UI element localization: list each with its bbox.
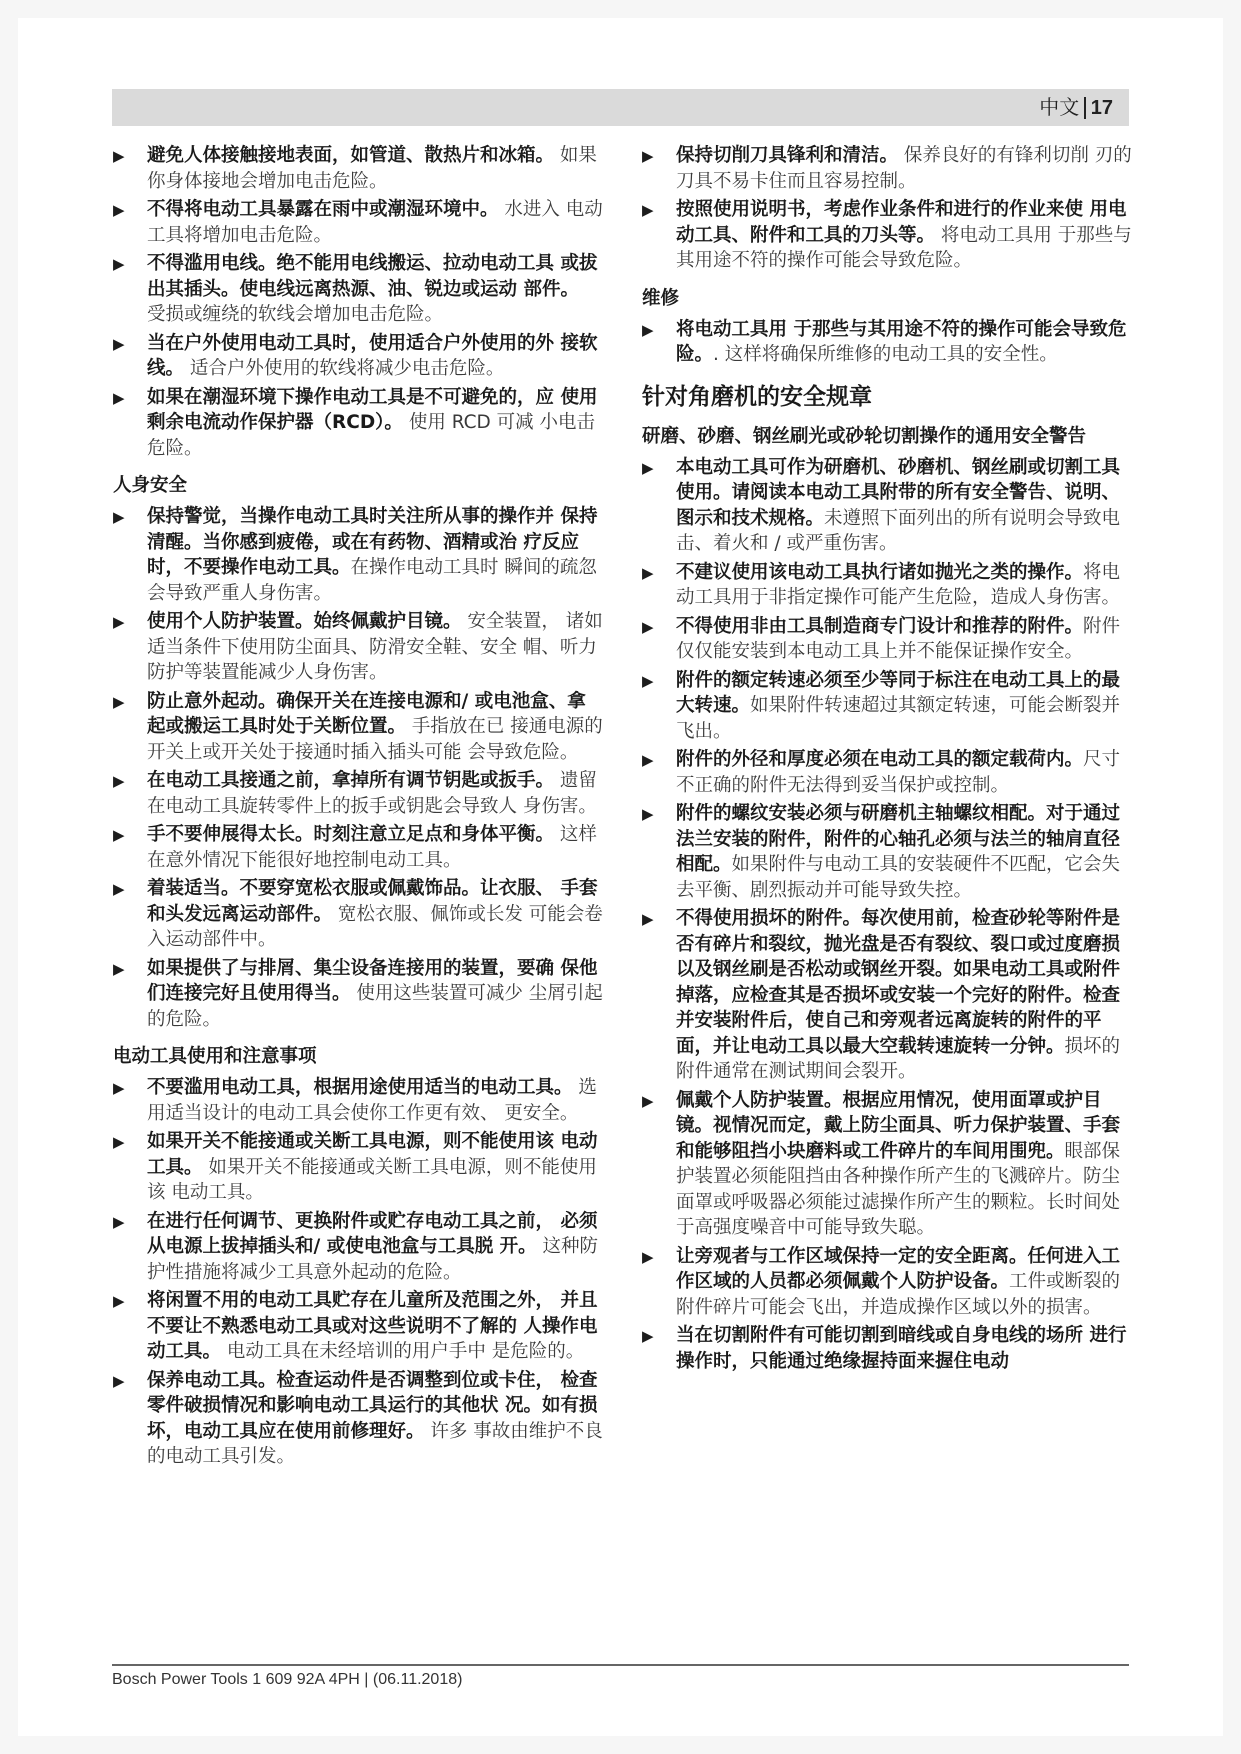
warning-bold-text: 不得滥用电线。绝不能用电线搬运、拉动电动工具 或拔出其插头。使电线远离热源、油、… — [147, 253, 597, 300]
list-item: ▶如果开关不能接通或关断工具电源，则不能使用该 电动工具。 如果开关不能接通或关… — [113, 1129, 603, 1206]
warning-bold-text: 佩戴个人防护装置。根据应用情况，使用面罩或护目镜。视情况而定，戴上防尘面具、听力… — [676, 1090, 1120, 1162]
list-item: ▶本电动工具可作为研磨机、砂磨机、钢丝刷或切割工具使用。请阅读本电动工具附带的所… — [642, 455, 1132, 557]
triangle-bullet-icon: ▶ — [113, 1130, 125, 1156]
section-heading-service: 维修 — [642, 286, 1132, 311]
triangle-bullet-icon: ▶ — [113, 1210, 125, 1236]
footer-text: Bosch Power Tools 1 609 92A 4PH | (06.11… — [112, 1671, 462, 1689]
triangle-bullet-icon: ▶ — [642, 1324, 654, 1350]
triangle-bullet-icon: ▶ — [642, 802, 654, 828]
list-item: ▶按照使用说明书，考虑作业条件和进行的作业来使 用电动工具、附件和工具的刀头等。… — [642, 197, 1132, 274]
triangle-bullet-icon: ▶ — [113, 386, 125, 412]
list-item: ▶保持警觉，当操作电动工具时关注所从事的操作并 保持清醒。当你感到疲倦，或在有药… — [113, 504, 603, 606]
warning-bold-text: 不建议使用该电动工具执行诸如抛光之类的操作。 — [676, 562, 1083, 583]
list-item: ▶如果在潮湿环境下操作电动工具是不可避免的，应 使用剩余电流动作保护器（RCD）… — [113, 385, 603, 462]
list-item: ▶保持切削刀具锋利和清洁。 保养良好的有锋利切削 刃的刀具不易卡住而且容易控制。 — [642, 143, 1132, 194]
list-item: ▶附件的螺纹安装必须与研磨机主轴螺纹相配。对于通过法兰安装的附件，附件的心轴孔必… — [642, 801, 1132, 903]
triangle-bullet-icon: ▶ — [642, 456, 654, 482]
page-header: 中文 17 — [1039, 96, 1113, 120]
triangle-bullet-icon: ▶ — [113, 610, 125, 636]
list-item: ▶防止意外起动。确保开关在连接电源和/ 或电池盒、拿起或搬运工具时处于关断位置。… — [113, 689, 603, 766]
list-item: ▶不得使用损坏的附件。每次使用前，检查砂轮等附件是否有碎片和裂纹，抛光盘是否有裂… — [642, 906, 1132, 1085]
warning-explanation-text: . 这样将确保所维修的电动工具的安全性。 — [713, 344, 1058, 365]
list-tool-use: ▶不要滥用电动工具，根据用途使用适当的电动工具。 选用适当设计的电动工具会使你工… — [113, 1075, 603, 1470]
list-item: ▶避免人体接触接地表面，如管道、散热片和冰箱。 如果你身体接地会增加电击危险。 — [113, 143, 603, 194]
triangle-bullet-icon: ▶ — [113, 877, 125, 903]
list-item: ▶不要滥用电动工具，根据用途使用适当的电动工具。 选用适当设计的电动工具会使你工… — [113, 1075, 603, 1126]
list-item: ▶在进行任何调节、更换附件或贮存电动工具之前， 必须从电源上拔掉插头和/ 或使电… — [113, 1209, 603, 1286]
warning-bold-text: 手不要伸展得太长。时刻注意立足点和身体平衡。 — [147, 824, 554, 845]
list-grinder-warnings: ▶本电动工具可作为研磨机、砂磨机、钢丝刷或切割工具使用。请阅读本电动工具附带的所… — [642, 455, 1132, 1375]
list-item: ▶让旁观者与工作区域保持一定的安全距离。任何进入工作区域的人员都必须佩戴个人防护… — [642, 1244, 1132, 1321]
warning-bold-text: 不得使用非由工具制造商专门设计和推荐的附件。 — [676, 616, 1083, 637]
list-item: ▶将电动工具用 于那些与其用途不符的操作可能会导致危险。. 这样将确保所维修的电… — [642, 317, 1132, 368]
list-item: ▶着装适当。不要穿宽松衣服或佩戴饰品。让衣服、 手套和头发远离运动部件。 宽松衣… — [113, 876, 603, 953]
list-item: ▶当在户外使用电动工具时，使用适合户外使用的外 接软线。 适合户外使用的软线将减… — [113, 331, 603, 382]
warning-bold-text: 在电动工具接通之前，拿掉所有调节钥匙或扳手。 — [147, 770, 554, 791]
triangle-bullet-icon: ▶ — [642, 1245, 654, 1271]
warning-explanation-text: 适合户外使用的软线将减少电击危险。 — [184, 358, 504, 379]
triangle-bullet-icon: ▶ — [113, 823, 125, 849]
triangle-bullet-icon: ▶ — [113, 505, 125, 531]
triangle-bullet-icon: ▶ — [113, 957, 125, 983]
language-label: 中文 — [1039, 96, 1079, 120]
triangle-bullet-icon: ▶ — [113, 144, 125, 170]
footer-divider — [112, 1664, 1129, 1666]
triangle-bullet-icon: ▶ — [113, 1369, 125, 1395]
header-bar — [112, 89, 1129, 126]
list-item: ▶附件的外径和厚度必须在电动工具的额定载荷内。尺寸不正确的附件无法得到妥当保护或… — [642, 747, 1132, 798]
warning-bold-text: 不得使用损坏的附件。每次使用前，检查砂轮等附件是否有碎片和裂纹，抛光盘是否有裂纹… — [676, 908, 1120, 1057]
triangle-bullet-icon: ▶ — [642, 144, 654, 170]
warning-bold-text: 避免人体接触接地表面，如管道、散热片和冰箱。 — [147, 145, 554, 166]
list-tool-use-continued: ▶保持切削刀具锋利和清洁。 保养良好的有锋利切削 刃的刀具不易卡住而且容易控制。… — [642, 143, 1132, 274]
right-column: ▶保持切削刀具锋利和清洁。 保养良好的有锋利切削 刃的刀具不易卡住而且容易控制。… — [642, 143, 1132, 1377]
list-personal-safety: ▶保持警觉，当操作电动工具时关注所从事的操作并 保持清醒。当你感到疲倦，或在有药… — [113, 504, 603, 1032]
warning-bold-text: 不得将电动工具暴露在雨中或潮湿环境中。 — [147, 199, 499, 220]
list-item: ▶在电动工具接通之前，拿掉所有调节钥匙或扳手。 遗留在电动工具旋转零件上的扳手或… — [113, 768, 603, 819]
triangle-bullet-icon: ▶ — [113, 1076, 125, 1102]
list-item: ▶当在切割附件有可能切割到暗线或自身电线的场所 进行操作时，只能通过绝缘握持面来… — [642, 1323, 1132, 1374]
triangle-bullet-icon: ▶ — [642, 669, 654, 695]
page-number: 17 — [1091, 96, 1113, 120]
list-item: ▶不得使用非由工具制造商专门设计和推荐的附件。附件仅仅能安装到本电动工具上并不能… — [642, 614, 1132, 665]
header-divider — [1084, 97, 1086, 119]
warning-bold-text: 附件的外径和厚度必须在电动工具的额定载荷内。 — [676, 749, 1083, 770]
list-item: ▶不得将电动工具暴露在雨中或潮湿环境中。 水进入 电动工具将增加电击危险。 — [113, 197, 603, 248]
list-item: ▶不建议使用该电动工具执行诸如抛光之类的操作。将电动工具用于非指定操作可能产生危… — [642, 560, 1132, 611]
warning-bold-text: 使用个人防护装置。始终佩戴护目镜。 — [147, 611, 462, 632]
left-column: ▶避免人体接触接地表面，如管道、散热片和冰箱。 如果你身体接地会增加电击危险。▶… — [113, 143, 603, 1473]
list-item: ▶不得滥用电线。绝不能用电线搬运、拉动电动工具 或拔出其插头。使电线远离热源、油… — [113, 251, 603, 328]
warning-bold-text: 保持切削刀具锋利和清洁。 — [676, 145, 898, 166]
list-electrical-safety: ▶避免人体接触接地表面，如管道、散热片和冰箱。 如果你身体接地会增加电击危险。▶… — [113, 143, 603, 461]
warning-explanation-text: 如果附件与电动工具的安装硬件不匹配，它会失去平衡、剧烈振动并可能导致失控。 — [676, 854, 1120, 901]
list-item: ▶附件的额定转速必须至少等同于标注在电动工具上的最大转速。如果附件转速超过其额定… — [642, 668, 1132, 745]
warning-explanation-text: 电动工具在未经培训的用户手中 是危险的。 — [221, 1341, 584, 1362]
list-service: ▶将电动工具用 于那些与其用途不符的操作可能会导致危险。. 这样将确保所维修的电… — [642, 317, 1132, 368]
main-heading-angle-grinder: 针对角磨机的安全规章 — [642, 382, 1132, 412]
triangle-bullet-icon: ▶ — [642, 1089, 654, 1115]
warning-explanation-text: 受损或缠绕的软线会增加电击危险。 — [147, 304, 443, 325]
list-item: ▶使用个人防护装置。始终佩戴护目镜。 安全装置， 诸如适当条件下使用防尘面具、防… — [113, 609, 603, 686]
triangle-bullet-icon: ▶ — [642, 561, 654, 587]
list-item: ▶手不要伸展得太长。时刻注意立足点和身体平衡。 这样在意外情况下能很好地控制电动… — [113, 822, 603, 873]
list-item: ▶佩戴个人防护装置。根据应用情况，使用面罩或护目镜。视情况而定，戴上防尘面具、听… — [642, 1088, 1132, 1241]
warning-bold-text: 不要滥用电动工具，根据用途使用适当的电动工具。 — [147, 1077, 573, 1098]
triangle-bullet-icon: ▶ — [113, 769, 125, 795]
section-heading-personal-safety: 人身安全 — [113, 473, 603, 498]
list-item: ▶保养电动工具。检查运动件是否调整到位或卡住， 检查零件破损情况和影响电动工具运… — [113, 1368, 603, 1470]
triangle-bullet-icon: ▶ — [113, 252, 125, 278]
warning-bold-text: 当在切割附件有可能切割到暗线或自身电线的场所 进行操作时，只能通过绝缘握持面来握… — [676, 1325, 1126, 1372]
triangle-bullet-icon: ▶ — [113, 690, 125, 716]
list-item: ▶如果提供了与排屑、集尘设备连接用的装置，要确 保他们连接完好且使用得当。 使用… — [113, 956, 603, 1033]
warning-explanation-text: 如果开关不能接通或关断工具电源，则不能使用该 电动工具。 — [147, 1157, 597, 1204]
section-heading-tool-use: 电动工具使用和注意事项 — [113, 1044, 603, 1069]
triangle-bullet-icon: ▶ — [113, 332, 125, 358]
triangle-bullet-icon: ▶ — [642, 318, 654, 344]
triangle-bullet-icon: ▶ — [642, 615, 654, 641]
triangle-bullet-icon: ▶ — [642, 748, 654, 774]
triangle-bullet-icon: ▶ — [113, 1289, 125, 1315]
triangle-bullet-icon: ▶ — [642, 907, 654, 933]
triangle-bullet-icon: ▶ — [113, 198, 125, 224]
triangle-bullet-icon: ▶ — [642, 198, 654, 224]
list-item: ▶将闲置不用的电动工具贮存在儿童所及范围之外， 并且不要让不熟悉电动工具或对这些… — [113, 1288, 603, 1365]
section-heading-general-warnings: 研磨、砂磨、钢丝刷光或砂轮切割操作的通用安全警告 — [642, 424, 1132, 449]
warning-bold-text: 在进行任何调节、更换附件或贮存电动工具之前， 必须从电源上拔掉插头和/ 或使电池… — [147, 1211, 597, 1258]
